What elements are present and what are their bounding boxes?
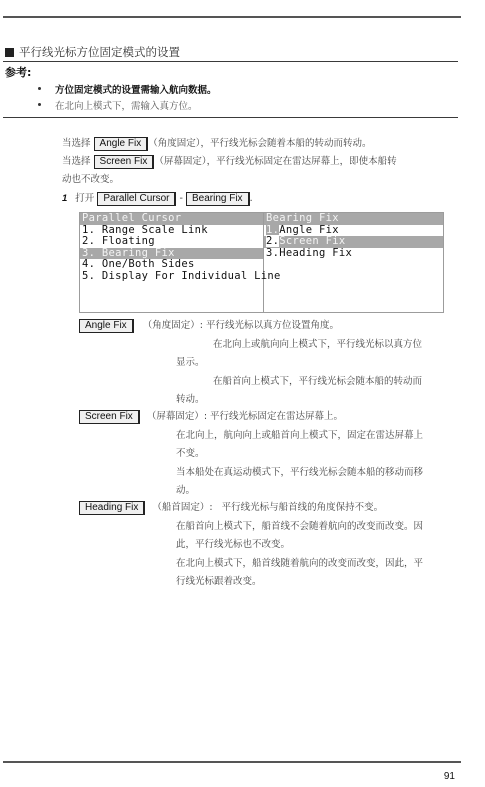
page-number: 91: [444, 771, 455, 782]
section-title: 平行线光标方位固定模式的设置: [5, 44, 180, 60]
footer-rule: [3, 761, 461, 763]
menu-item-num: 2.: [82, 235, 95, 247]
description-text: （船首固定）: 平行线光标与船首线的角度保持不变。: [152, 502, 383, 513]
menu-item-label: Display For Individual Line: [102, 270, 281, 282]
reference-bullet-1: 方位固定模式的设置需输入航向数据。: [38, 82, 217, 96]
description-text: （屏幕固定）: 平行线光标固定在雷达屏幕上。: [147, 411, 343, 422]
heading-fix-desc-line: 行线光标跟着改变。: [176, 575, 262, 589]
step-1: 1打开 Parallel Cursor - Bearing Fix.: [62, 192, 253, 206]
parallel-cursor-menu: Parallel Cursor 1. Range Scale Link 2. F…: [80, 213, 264, 312]
square-bullet-icon: [5, 48, 14, 57]
heading-fix-description-head: Heading Fix （船首固定）: 平行线光标与船首线的角度保持不变。: [79, 501, 383, 515]
menu-item-heading-fix[interactable]: 3.Heading Fix: [264, 248, 443, 260]
step-number: 1: [62, 193, 67, 204]
menu-screenshot: Parallel Cursor 1. Range Scale Link 2. F…: [79, 212, 444, 313]
reference-label: 参考:: [5, 64, 31, 80]
intro-text: （屏幕固定），平行线光标固定在雷达屏幕上，即使本船转: [154, 156, 396, 167]
screen-fix-desc-line: 动。: [176, 484, 195, 498]
screen-fix-key: Screen Fix: [79, 410, 140, 424]
bearing-fix-menu: Bearing Fix 1.Angle Fix 2.Screen Fix 3.H…: [264, 213, 443, 312]
menu-item-num: 4.: [82, 258, 95, 270]
angle-fix-desc-line: 在船首向上模式下，平行线光标会随本船的转动而: [213, 375, 422, 389]
bullet-dot-icon: [38, 103, 41, 106]
intro-line-3: 动也不改变。: [62, 173, 119, 187]
heading-fix-key: Heading Fix: [79, 501, 145, 515]
reference-bullet-2: 在北向上模式下，需输入真方位。: [38, 98, 198, 112]
intro-text: 当选择: [62, 138, 91, 149]
menu-item-label: Heading Fix: [279, 247, 352, 259]
menu-item-label: Screen Fix: [279, 235, 345, 247]
title-underline: [3, 61, 458, 62]
menu-item-label: Angle Fix: [279, 224, 339, 236]
menu-item-num: 1.: [82, 224, 95, 236]
angle-fix-desc-line: 在北向上或航向向上模式下，平行线光标以真方位: [213, 338, 422, 352]
bearing-fix-key: Bearing Fix: [186, 192, 250, 206]
parallel-cursor-key: Parallel Cursor: [97, 192, 176, 206]
step-end: .: [250, 193, 253, 204]
screen-fix-description-head: Screen Fix （屏幕固定）: 平行线光标固定在雷达屏幕上。: [79, 410, 343, 424]
angle-fix-description-head: Angle Fix （角度固定）: 平行线光标以真方位设置角度。: [79, 319, 339, 333]
menu-item-label: Bearing Fix: [102, 247, 175, 259]
menu-item-num: 2.: [266, 235, 279, 247]
intro-text: 当选择: [62, 156, 91, 167]
screen-fix-desc-line: 当本船处在真运动模式下，平行线光标会随本船的移动而移: [176, 466, 423, 480]
step-separator: -: [180, 193, 183, 204]
heading-fix-desc-line: 在船首向上模式下，船首线不会随着航向的改变而改变。因: [176, 520, 423, 534]
heading-fix-desc-line: 在北向上模式下，船首线随着航向的改变而改变，因此，平: [176, 557, 423, 571]
menu-item-num: 1.: [266, 224, 279, 236]
bullet-text: 方位固定模式的设置需输入航向数据。: [55, 85, 217, 96]
heading-fix-desc-line: 此，平行线光标也不改变。: [176, 538, 290, 552]
reference-underline: [3, 117, 458, 118]
menu-item-label: One/Both Sides: [102, 258, 195, 270]
menu-item-num: 3.: [82, 247, 95, 259]
menu-item-display-individual-line[interactable]: 5. Display For Individual Line: [80, 271, 263, 283]
top-rule: [3, 16, 461, 18]
screen-fix-key: Screen Fix: [94, 155, 155, 169]
intro-text: （角度固定），平行线光标会随着本船的转动而转动。: [148, 138, 371, 149]
menu-item-num: 5.: [82, 270, 95, 282]
bullet-text: 在北向上模式下，需输入真方位。: [55, 101, 198, 112]
section-title-text: 平行线光标方位固定模式的设置: [19, 45, 180, 59]
menu-item-num: 3.: [266, 247, 279, 259]
menu-item-label: Floating: [102, 235, 155, 247]
angle-fix-desc-line: 转动。: [176, 393, 205, 407]
bullet-dot-icon: [38, 87, 41, 90]
menu-item-label: Range Scale Link: [102, 224, 208, 236]
screen-fix-desc-line: 不变。: [176, 447, 205, 461]
screen-fix-desc-line: 在北向上，航向向上或船首向上模式下，固定在雷达屏幕上: [176, 429, 423, 443]
intro-line-1: 当选择 Angle Fix（角度固定），平行线光标会随着本船的转动而转动。: [62, 137, 372, 151]
angle-fix-desc-line: 显示。: [176, 356, 205, 370]
step-text: 打开: [75, 193, 94, 204]
description-text: （角度固定）: 平行线光标以真方位设置角度。: [143, 320, 339, 331]
angle-fix-key: Angle Fix: [94, 137, 149, 151]
angle-fix-key: Angle Fix: [79, 319, 134, 333]
intro-line-2: 当选择 Screen Fix（屏幕固定），平行线光标固定在雷达屏幕上，即使本船转: [62, 155, 397, 169]
